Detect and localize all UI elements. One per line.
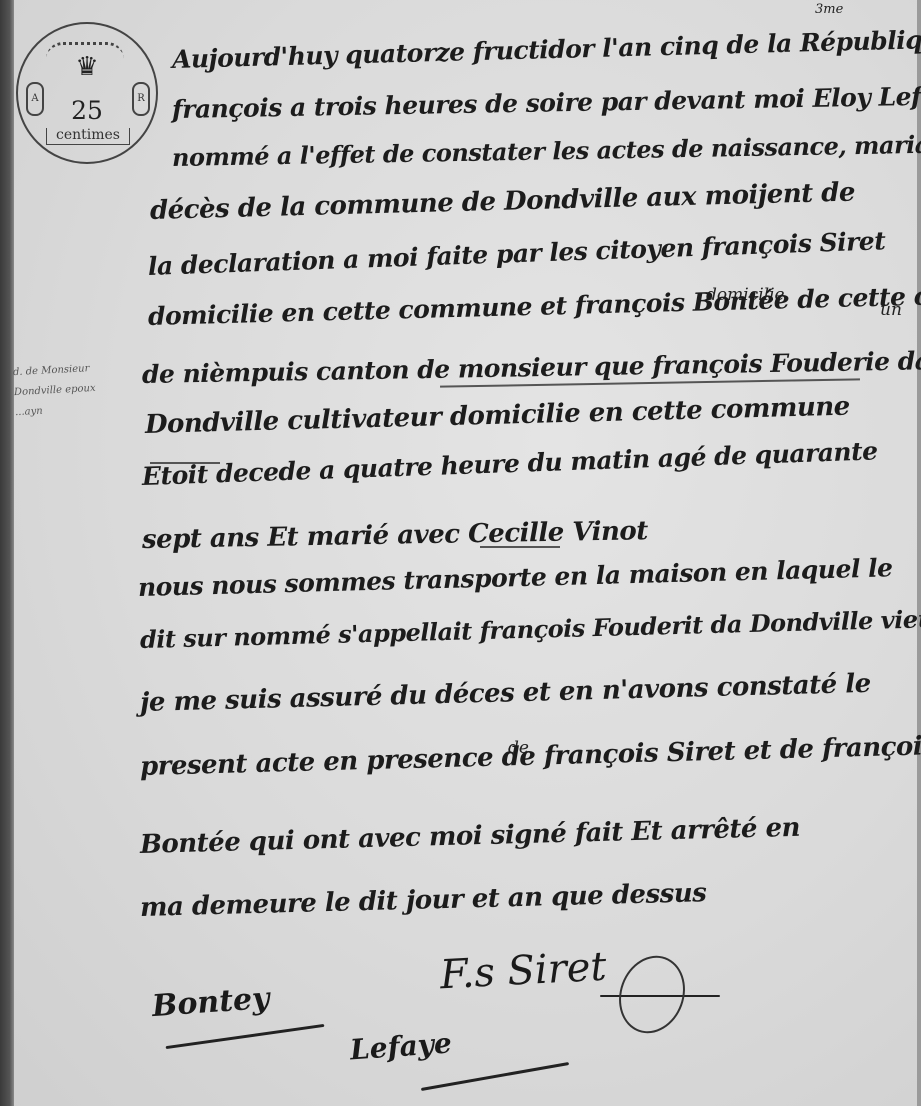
page-marker: 3me	[815, 2, 843, 17]
text-line: je me suis assuré du déces et en n'avons…	[140, 669, 871, 718]
text-line: de nièmpuis canton de monsieur que franç…	[142, 346, 921, 389]
text-line: present acte en presence de françois Sir…	[140, 731, 921, 782]
text-line: dit sur nommé s'appellait françois Foude…	[140, 604, 921, 654]
tax-stamp: ♛ A R 25 centimes	[16, 22, 158, 164]
stamp-unit: centimes	[46, 128, 130, 145]
signature-bontey: Bontey	[151, 981, 271, 1024]
page-edge	[917, 0, 921, 1106]
text-line: Etoit decede a quatre heure du matin agé…	[141, 436, 878, 491]
text-line: décès de la commune de Dondville aux moi…	[150, 178, 856, 226]
text-line: Bontée qui ont avec moi signé fait Et ar…	[140, 813, 801, 860]
name-underline	[480, 546, 560, 548]
text-line: ma demeure le dit jour et an que dessus	[140, 878, 707, 923]
crown-icon: ♛	[75, 54, 98, 80]
margin-note: d. de Monsieur Dondville epoux ...ayn	[13, 357, 136, 423]
text-line: Dondville cultivateur domicilie en cette…	[145, 392, 850, 440]
text-line: la declaration a moi faite par les citoy…	[147, 226, 885, 281]
text-line: Aujourd'huy quatorze fructidor l'an cinq…	[172, 24, 921, 73]
text-line: domicilie en cette commune et françois B…	[148, 279, 921, 331]
document-page: ♛ A R 25 centimes 3me d. de Monsieur Don…	[0, 0, 921, 1106]
signature-paraph	[608, 946, 695, 1042]
text-line: nous nous sommes transporte en la maison…	[138, 553, 893, 602]
binding-edge	[0, 0, 14, 1106]
signature-lefaye: Lefaye	[349, 1026, 453, 1066]
text-line: sept ans Et marié avec Cecille Vinot	[142, 516, 648, 555]
signature-flourish	[166, 1024, 325, 1049]
text-line: nommé a l'effet de constater les actes d…	[172, 129, 921, 172]
signature-siret: F.s Siret	[439, 944, 608, 999]
stamp-value: 25	[18, 98, 156, 123]
text-line: françois a trois heures de soire par dev…	[172, 81, 921, 124]
signature-flourish	[421, 1062, 569, 1091]
